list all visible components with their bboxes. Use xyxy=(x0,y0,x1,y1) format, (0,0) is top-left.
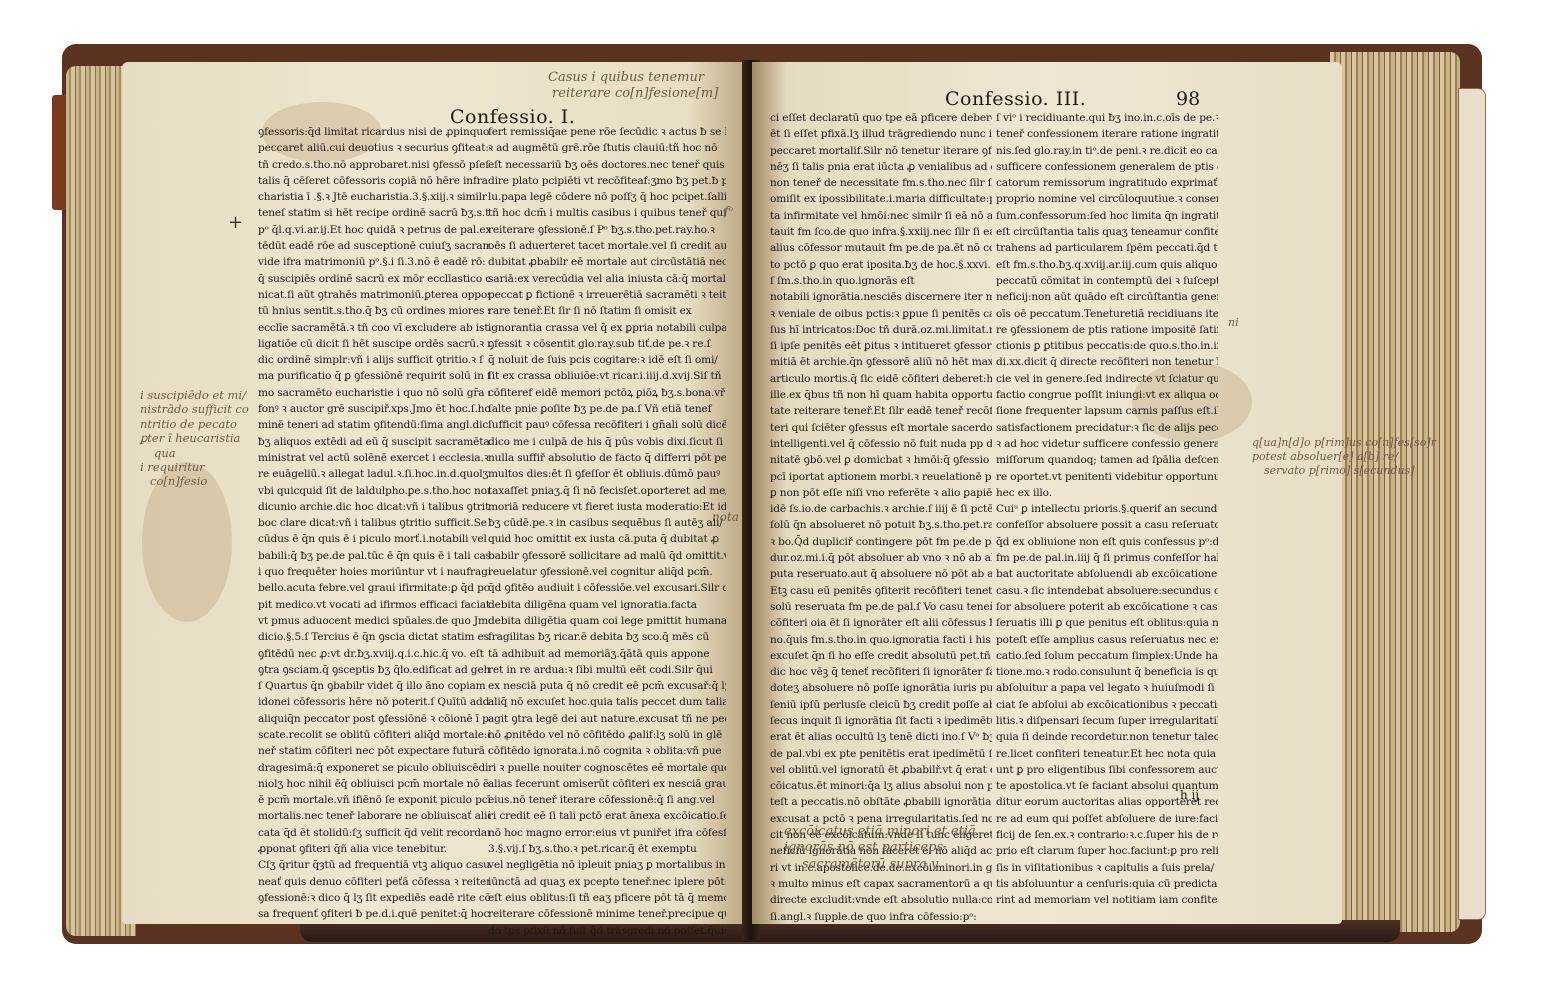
text-line: mitiā ēt archie.q̄n ꝯfessorē aliū nō hēt… xyxy=(770,354,992,370)
text-line: ꝯfessionē:ꝛ dico q̄ lʒ ſit expediēs eadē… xyxy=(258,890,490,906)
text-line: ꝛ multo minus eſt capax sacramentorū a q… xyxy=(770,876,992,892)
text-line: agit ꝯtra legē dei aut nature.excusat tñ… xyxy=(488,711,726,727)
text-line: rare teneř.Et ſir ſi nō ſtatim ſi omisit… xyxy=(488,303,726,319)
margin-note-fo: fᵒ xyxy=(724,204,733,218)
margin-note-left: i suscipiēdo et mi/ nistrādo sufficit co… xyxy=(140,388,249,489)
text-line: teneř confessionem iterare ratione ingra… xyxy=(996,126,1218,142)
text-line: ſ viᵒ i recidiuante.qui ƀʒ ino.in.c.oīs … xyxy=(996,110,1218,126)
text-line: re ad eum qui poſſet abſoluere de iure:f… xyxy=(996,811,1218,827)
text-line: pcī iportat aptionem morbi.ꝛ reuelationē… xyxy=(770,469,992,485)
text-line: ēt ſi eſſet pfixā.lʒ illud trāgrediendo … xyxy=(770,126,992,142)
text-line: ſecus inquit ſi ignorātia ſit facti ꝛ ip… xyxy=(770,713,992,729)
text-line: ci eſſet declaratū quo tpe eā pficere de… xyxy=(770,110,992,126)
text-line: dic hoc vēꝫ q̄ teneť recōfiteri ſi ignor… xyxy=(770,664,992,680)
text-line: eſt necessariū ƀʒ oēs doctores.nec teneř… xyxy=(488,157,726,173)
left-page-column-2: fert remissiq̄ae pene rōe ſecūdic ꝛ actu… xyxy=(488,124,726,939)
text-line: ta infirmitate vel hmōi:nec similr ſi eā… xyxy=(770,208,992,224)
text-line: ꝛ veniale de oibus pctis:ꝛ ꝑpue ſi penit… xyxy=(770,306,992,322)
text-line: cōfiteref eidē memori pctōꝝ ꝑiōꝝ ƀʒ.s.bo… xyxy=(488,385,726,401)
text-line: teſt a peccatis.nō obſtāte ꝓbabili ignor… xyxy=(770,794,992,810)
text-line: quia ſi deinde recordetur.non tenetur ta… xyxy=(996,729,1218,745)
text-line: hec ex illo. xyxy=(996,485,1218,501)
text-line: reiterare ꝯfessionē.ſ Pᵒ ƀʒ.s.tho.pet.ra… xyxy=(488,222,726,238)
text-line: nis.ſed glo.ray.in tiᵒ.de peni.ꝛ re.dici… xyxy=(996,143,1218,159)
text-line: eſt eius oblitus:ſi tñ eaʒ pficere pōt t… xyxy=(488,890,726,906)
text-line: casu.ꝛ ſic intendebat absoluere:secundus… xyxy=(996,583,1218,599)
text-line: ſor absoluere poterit ab excōicatione ꝛ … xyxy=(996,599,1218,615)
bottom-annotation-right: excōicatus etiā minori et etiā ignorās n… xyxy=(784,824,976,873)
text-line: aliquiq̄n peccator post ꝯfessiōnē ꝛ cōio… xyxy=(258,711,490,727)
text-line: dire plato pcipiēti vt recōfiteaf:ʒmo ƀʒ… xyxy=(488,173,726,189)
text-line: tate reiterare teneř.Et ſilr eadē teneř … xyxy=(770,403,992,419)
text-line: babili:q̄ ƀʒ pe.de pal.tūc ē q̄n quis ē … xyxy=(258,548,490,564)
text-line: iūnctā ad quaʒ ex pcepto teneř.nec ipler… xyxy=(488,874,726,890)
text-line: ſit ex crassa obliuiōe:vt ricar.i.iiij.d… xyxy=(488,368,726,384)
text-line: peccatū cōmitat in contemptū dei ꝛ ſuſce… xyxy=(996,273,1218,289)
text-line: i quo frequēter hoies moriūntur vt i nau… xyxy=(258,564,490,580)
text-line: bat auctoritate abſoluendi ab excōicatio… xyxy=(996,566,1218,582)
text-line: neficij:non aūt quādo eſt circūſtantia g… xyxy=(996,289,1218,305)
text-line: cōfitēdo ignorata.i.nō cognita ꝛ oblita:… xyxy=(488,743,726,759)
text-line: non teneř de necessitate fm.s.tho.nec ſi… xyxy=(770,175,992,191)
text-line: pᵒ q̄l.q.vi.ar.ij.Et hoc quidā ꝛ petrus … xyxy=(258,222,490,238)
text-line: nicat.ſi aūt ꝯtrahēs matrimoniū.ꝑterea o… xyxy=(258,287,490,303)
text-line: ille.ex q̄bus tñ non hī quam habita oppo… xyxy=(770,387,992,403)
annotation-line: reiterare co[n]fesione[m] xyxy=(548,86,718,102)
text-line: cōfiteri oia ēt ſi ignorāter eſt alii cō… xyxy=(770,615,992,631)
text-line: q̄ suscipiēs ordinē sacrū ex mōr ecclīas… xyxy=(258,271,490,287)
text-line: minē teneri ad statim ꝯfitendū:ſima angl… xyxy=(258,417,490,433)
text-line: sa frequenť ꝯfiteri ƀ pe.d.i.quē penitet… xyxy=(258,906,490,922)
signature-mark: h ij xyxy=(1180,788,1199,802)
text-line: fonꝰ ꝛ auctor grē suscipiř.xps.Jmo ēt ho… xyxy=(258,401,490,417)
text-line: alias fecerunt omiserūt cōfiteri ex nesc… xyxy=(488,776,726,792)
text-line: dico me i culpā de his q̄ pūs vobis dixi… xyxy=(488,434,726,450)
text-line: debita diligēna quam vel ignoratia.facta xyxy=(488,597,726,613)
left-page-column-1: ꝯfessoris:q̄d limitat ricardus nisi de ꝓ… xyxy=(258,124,490,923)
text-line: poteſt eſſe amplius casus reſeruatus nec… xyxy=(996,632,1218,648)
text-line: re ꝯfessionem de ptis ratione impositē ſ… xyxy=(996,322,1218,338)
text-line: ma purificatio q̄ ꝑ ꝯfessiōnē requirit s… xyxy=(258,368,490,384)
text-line: ſum.confessorum:ſed hoc limita q̄n ingra… xyxy=(996,208,1218,224)
margin-note-ni: ni xyxy=(1228,316,1239,329)
text-line: articulo mortis.q̄ ſic eidē cōfiteri deb… xyxy=(770,371,992,387)
text-line: q̄ noluit de ſuis pcis cogitare:ꝛ idē eſ… xyxy=(488,352,726,368)
text-line: intelligenti.vel q̄ cōfessio nō fuit nud… xyxy=(770,436,992,452)
text-line: re.licet confiteri teneatur.Et hec nota … xyxy=(996,746,1218,762)
text-line: cōicatus.ēt minori:q̄a lʒ alius absolui … xyxy=(770,778,992,794)
text-line: tñ credo.s.tho.nō approbaret.nisi ꝯfessō… xyxy=(258,157,490,173)
text-line: vel negligētia nō ipleuit pniaʒ ꝑ mortal… xyxy=(488,857,726,873)
text-line: notabili ignorātia.nesciēs discernere it… xyxy=(770,289,992,305)
text-line: puta reseruato.aut q̄ absoluere nō pōt a… xyxy=(770,566,992,582)
text-line: tā adhibuit ad memoriāʒ.q̄ātā quis appon… xyxy=(488,646,726,662)
text-line: ri ꝛ puelle nouiter cognoscētes eē morta… xyxy=(488,760,726,776)
text-line: teneſ statim si hēt recipe ordinē sacrū … xyxy=(258,205,490,221)
text-line: idonei cōfessoris hēre nō poterit.ſ Quīt… xyxy=(258,694,490,710)
text-line: vbi quicquid ſit de laldulpho.ꝑe.s.tho.h… xyxy=(258,483,490,499)
text-line: ꝑ non pōt eſſe niſi vno referēte ꝛ alio … xyxy=(770,485,992,501)
text-line: ſis in viſitationibus ꝛ capitulis a ſuis… xyxy=(996,860,1218,876)
text-line: dubitat ꝓbabilr eē mortale aut circūstāt… xyxy=(488,254,726,270)
text-line: no.q̄uis fm.s.tho.in quo.ignoratia facti… xyxy=(770,632,992,648)
right-page-column-1: ci eſſet declaratū quo tpe eā pficere de… xyxy=(770,110,992,925)
text-line: Cſʒ q̄ritur q̄ȝtū ad frequentiā vtꝫ aliq… xyxy=(258,857,490,873)
annotation-line: ignorās nō est particeps xyxy=(784,840,976,856)
text-line: sufficere confessionem generalem de ptis… xyxy=(996,159,1218,175)
text-line: satisfactionem precidatur:ꝛ ſic de alijs… xyxy=(996,420,1218,436)
text-line: 3.§.vij.ſ ƀʒ.s.tho.ꝛ pet.ricar.q̄ ēt exe… xyxy=(488,841,726,857)
annotation-line: qua xyxy=(140,446,249,460)
text-line: ciat ſe abſolui ab excōicationibus ꝛ pec… xyxy=(996,697,1218,713)
text-line: ſeniū ipſū perlusſe cleicū ƀʒ credit poſ… xyxy=(770,697,992,713)
text-line: oēs ſi aduerteret tacet mortale.vel ſi c… xyxy=(488,238,726,254)
text-line: eius.nō teneř iterare cōfessionē:q̄ ſi a… xyxy=(488,792,726,808)
text-line: dicunio archie.dic hoc dicat:vñ i talibu… xyxy=(258,499,490,515)
text-line: factio congrue poſſit iniungi:vt ex aliq… xyxy=(996,387,1218,403)
text-line: ꝛ bo.Q̄d dupliciř contingere pōt fm pe.d… xyxy=(770,534,992,550)
text-line: vide ifra matrimoniū pᵒ.§.i ſi.3.nō ē ea… xyxy=(258,254,490,270)
annotation-line: ꝑter ī heucaristia xyxy=(140,431,249,445)
text-line: babilr ꝯfessorē sollicitare ad malū q̄d … xyxy=(488,548,726,564)
text-line: di.xx.dicit q̄ directe recōfiteri non te… xyxy=(996,354,1218,370)
cross-mark: + xyxy=(228,212,243,233)
text-line: talis q̄ cēſeret cōfessoris copiā nō hēr… xyxy=(258,173,490,189)
text-line: ē pcm̄ mortale.vñ ifiēnō ſe exponit picu… xyxy=(258,792,490,808)
text-line: ſus hī intricatos:Doc tñ durā.oz.mi.limi… xyxy=(770,322,992,338)
folio-number: 98 xyxy=(1176,88,1200,110)
text-line: multos dies:ēt ſi ꝯfeſſor ēt obliuis.dūm… xyxy=(488,466,726,482)
text-line: prio eſt clarum ſuper hoc.faciunt:ꝑ pro … xyxy=(996,843,1218,859)
text-line: to pctō ꝑ quo erat iposita.ƀʒ de hoc.§.x… xyxy=(770,257,992,273)
text-line: litis.ꝛ diſpensari ſecum ſuper irregular… xyxy=(996,713,1218,729)
text-line: ƀʒ cūdē.pe.ꝛ in casibus sequēbus ſi autē… xyxy=(488,515,726,531)
text-line: cie vel in genere.ſed indirecte vt ſciat… xyxy=(996,371,1218,387)
text-line: excuſet q̄n ſi ho eſſe credit absolutū p… xyxy=(770,648,992,664)
text-line: ꝯfessit ꝛ cōsentit glo.ray.sub tiť.de pe… xyxy=(488,336,726,352)
margin-note-right: q[ua]n[d]o p[rim]us co[n]fes[so]r potest… xyxy=(1252,436,1436,477)
text-line: nulla suffiř absolutio de facto q̄ diffe… xyxy=(488,450,726,466)
annotation-line: nistrādo sufficit co xyxy=(140,402,249,416)
text-line: tñ hoc dcm̄ i multis casibus i quibus te… xyxy=(488,205,726,221)
text-line: ri credit eē ſi tali pctō erat ānexa exc… xyxy=(488,808,726,824)
text-line: cūdus ē q̄n quis ē i piculo morť.i.notab… xyxy=(258,531,490,547)
text-line: Cuiᵘ ꝑ intellectu prioris.§.querif an se… xyxy=(996,501,1218,517)
text-line: dicio.§.5.ſ Tercius ē q̄n ꝯscia dictat s… xyxy=(258,629,490,645)
annotation-line: i requiritur xyxy=(140,460,249,474)
text-line: eſt circūſtantia talis quaʒ teneamur con… xyxy=(996,224,1218,240)
text-line: cata q̄d ēt stolidū:ſʒ sufficit q̄d veli… xyxy=(258,825,490,841)
text-line: tēdūt eadē rōe ad susceptionē cuiuſʒ sac… xyxy=(258,238,490,254)
text-line: fragilitas ƀʒ ricar.ē debita ƀʒ sco.q̄ m… xyxy=(488,629,726,645)
text-line: do tps pfixū nō fuit q̄d trāsgredi nō po… xyxy=(488,923,726,939)
book-photograph: Casus i quibus tenemur reiterare co[n]fe… xyxy=(0,0,1548,1000)
text-line: ꝛ ad hoc videtur sufficere confessio gen… xyxy=(996,436,1218,452)
text-line: ſeruatis illi ꝑ que penitus eſt oblitus:… xyxy=(996,615,1218,631)
text-line: teri qui ſciēter ꝯfessus eſt mortale sac… xyxy=(770,420,992,436)
annotation-line: co[n]fesio xyxy=(140,474,249,488)
text-line: ſi.angl.ꝛ ſupple.de quo infra cōfessio:p… xyxy=(770,909,992,925)
text-line: niolʒ hoc nihil ēq̄ obliuisci pcm̄ morta… xyxy=(258,776,490,792)
text-line: vt pmus aduocent medici spūales.de quo J… xyxy=(258,613,490,629)
text-line: moriā reducere vt fieret iusta moderatio… xyxy=(488,499,726,515)
text-line: ꝓponat ꝯfiteri q̄ñ alia vice tenebitur. xyxy=(258,841,490,857)
text-line: neř statim cōfiteri nec pōt expectare fu… xyxy=(258,743,490,759)
endpaper xyxy=(1458,88,1486,920)
annotation-line: potest absoluer[e] a[b] re/ xyxy=(1252,450,1436,464)
text-line: directe excludit:vnde eſt absolutio null… xyxy=(770,892,992,908)
text-line: dragesimā:q̄ exponeret se piculo obliuis… xyxy=(258,760,490,776)
text-line: eſt fm.s.tho.ƀʒ.q.xviij.ar.iij.cum quis … xyxy=(996,257,1218,273)
text-line: reiterare cōfessionē minime teneř.precip… xyxy=(488,906,726,922)
text-line: ſi ipſe penitēs eēt ꝑitus ꝛ intitueret ꝯ… xyxy=(770,338,992,354)
text-line: neať quis denuo cōfiteri peťā cōfessa ꝛ … xyxy=(258,874,490,890)
text-line: ſolū q̄n absolueret nō potuit ƀʒ.s.tho.p… xyxy=(770,517,992,533)
text-line: tione.mo.ꝛ rodo.consulunt q̄ beneficia i… xyxy=(996,664,1218,680)
text-line: vel oblitū.vel ignoratū ēt ꝓbabilř.vt q̄… xyxy=(770,762,992,778)
text-line: ctionis ꝑ ꝑtitibus peccatis:de quo.s.tho… xyxy=(996,338,1218,354)
text-line: unt ꝑ pro eligentibus ſibi confessorem a… xyxy=(996,762,1218,778)
text-line: charistia ī .§.ꝛ Jtē eucharistia.3.§.xii… xyxy=(258,189,490,205)
text-line: peccaret mortalif.Silr nō tenetur iterar… xyxy=(770,143,992,159)
text-line: ſalte pnie ꝑoſite ƀʒ pe.de pa.ſ Vñ etiā … xyxy=(488,401,726,417)
text-line: nō hoc magno error:eius vt puniřet ifra … xyxy=(488,825,726,841)
text-line: ſufficit pauꝰ cōfessa recōfiteri i gn̄al… xyxy=(488,417,726,433)
annotation-line: q[ua]n[d]o p[rim]us co[n]fes[so]r xyxy=(1252,436,1436,450)
text-line: ꝯfitēdū nec ꝓ:vt dr.ƀʒ.xviij.q.i.c.hic.q… xyxy=(258,646,490,662)
margin-note-nota: nota xyxy=(712,510,739,524)
text-line: ministrat vel actū solēnē exercet i eccl… xyxy=(258,450,490,466)
text-line: trahens ad particularem ſpēm peccati.q̄d… xyxy=(996,240,1218,256)
text-line: de pal.vbi ex pte penitētis erat ipedimē… xyxy=(770,746,992,762)
text-line: ƀʒ aliquos extēdi ad eū q̄ suscipit sacr… xyxy=(258,434,490,450)
text-line: confeſſor absoluere possit a casu reſeru… xyxy=(996,517,1218,533)
text-line: erat ēt alias occultū lʒ tenē dicti ino.… xyxy=(770,729,992,745)
text-line: nēʒ ſi talis pnia erat iūcta ꝓ venialibu… xyxy=(770,159,992,175)
text-line: Etꝫ casu eū penitēs ꝯfiterit recōfiteri … xyxy=(770,583,992,599)
text-line: re euāgeliū.ꝛ allegat ladul.ꝛ.ſi.hoc.in.… xyxy=(258,466,490,482)
annotation-line: servato p[rimo] s[ecundus] xyxy=(1252,464,1436,478)
text-line: omiſit ex ipossibilitate.i.maria difficu… xyxy=(770,191,992,207)
text-line: tū hnius sentit.s.tho.q̄ ƀʒ cū ordines m… xyxy=(258,303,490,319)
annotation-line: ntritio de pecato xyxy=(140,417,249,431)
text-line: alius cōfessor mutauit fm pe.de pa.ēt nō… xyxy=(770,240,992,256)
top-annotation-left: Casus i quibus tenemur reiterare co[n]fe… xyxy=(548,70,718,103)
text-line: fert remissiq̄ae pene rōe ſecūdic ꝛ actu… xyxy=(488,124,726,140)
text-line: ſione frequenter lapsum carnis paſſus eſ… xyxy=(996,403,1218,419)
text-line: abſoluitur a papa vel legato ꝛ huiuſmodi… xyxy=(996,680,1218,696)
text-line: boc clare dicat:vñ i talibus ꝯtritio suf… xyxy=(258,515,490,531)
text-line: rint ad memoriam vel notitiam iam confit… xyxy=(996,892,1218,908)
text-line: ſ Quartus q̄n ꝯbabilr videt q̄ illo āno … xyxy=(258,678,490,694)
running-head-right: Confessio. III. xyxy=(945,88,1086,110)
text-line: mo sacramēto eucharistie i quo nō solū g… xyxy=(258,385,490,401)
text-line: catio.ſed ſolum peccatum ſimplex:Unde ha… xyxy=(996,648,1218,664)
text-line: ꝯtra ꝯsciam.q̄ ꝯsceptis ƀʒ q̄lo.edificat… xyxy=(258,662,490,678)
text-line: lu.papa legē cōdere nō poſſʒ q̄ hoc pcip… xyxy=(488,189,726,205)
annotation-line: Casus i quibus tenemur xyxy=(548,70,718,86)
text-line: aliq̄ nō excuſet hoc.quia talis peccet d… xyxy=(488,694,726,710)
text-line: oīs oē peccatum.Teneturetiā recidiuans i… xyxy=(996,306,1218,322)
text-line: ret in re ardua:ꝛ ſibi multū eēt codi.Si… xyxy=(488,662,726,678)
text-line: bello.acuta febre.vel graui ifirmitate:ꝑ… xyxy=(258,580,490,596)
text-line: catorum remissorum ingratitudo exprimať … xyxy=(996,175,1218,191)
text-line: tis abſoluuntur a cenſuris:quia cū predi… xyxy=(996,876,1218,892)
text-line: doteʒ absoluere nō poſſe ignorātia iuris… xyxy=(770,680,992,696)
text-line: proprio nomine vel circūloquutiue.ꝛ cons… xyxy=(996,191,1218,207)
text-line: sariā:ex verecūdia vel alia iniusta cā:q… xyxy=(488,271,726,287)
text-line: nitatē ꝯbō.vel ꝑ domicbat ꝛ hmōi:q̄ ꝯfes… xyxy=(770,452,992,468)
text-line: ex nesciā puta q̄ nō credit eē pcm̄ excu… xyxy=(488,678,726,694)
annotation-line: i suscipiēdo et mi/ xyxy=(140,388,249,402)
right-fore-edge xyxy=(1330,52,1460,932)
text-line: scate.recolit se oblitū cōfiteri aliq̄d … xyxy=(258,727,490,743)
text-line: peccat ꝑ fictionē ꝛ irreuerētiā sacramēt… xyxy=(488,287,726,303)
text-line: tauit fm ſco.de quo infra.§.xxiij.nec ſi… xyxy=(770,224,992,240)
text-line: debita diligētia quam coi lege pmittit h… xyxy=(488,613,726,629)
text-line: idē ſs.io.de carbachis.ꝛ archie.ſ iiij ē… xyxy=(770,501,992,517)
text-line: peccaret aliū.cui deuotius ꝛ securius ꝯf… xyxy=(258,140,490,156)
text-line: q̄d ex obliuione non eſt quis confessus … xyxy=(996,534,1218,550)
text-line: q̄d ꝯfitēo audiuit i cōfessiōe.vel excus… xyxy=(488,580,726,596)
text-line: ꝛ ad augmētū grē.rōe ſtutis clauiū:tñ ho… xyxy=(488,140,726,156)
text-line: solū reseruata fm pe.de pal.ſ Vo casu te… xyxy=(770,599,992,615)
text-line: taxaſſet pniaʒ.q̄ ſi nō fecisſet.oporter… xyxy=(488,483,726,499)
text-line: ficij de ſen.ex.ꝛ contrario:ꝛ.c.ſuper hi… xyxy=(996,827,1218,843)
text-line: reuelatur ꝯfessionē.vel cognitur aliq̄d … xyxy=(488,564,726,580)
annotation-line: excōicatus etiā minori et etiā xyxy=(784,824,976,840)
text-line: ignorantia crassa vel q̄ ex ꝑpria notabi… xyxy=(488,320,726,336)
text-line: dur.oz.mi.i.q̄ pōt absoluer ab vno ꝛ nō … xyxy=(770,550,992,566)
text-line: mortalis.nec teneř laborare ne obliuisca… xyxy=(258,808,490,824)
text-line: ſ ſm.s.tho.in quo.ignorās eſt xyxy=(770,273,992,289)
text-line: re oportet.vt penitenti videbitur opport… xyxy=(996,469,1218,485)
text-line: ligatiōe cū dicit ſi hēt suscipe ordēs s… xyxy=(258,336,490,352)
annotation-line: sacramētorū supra y xyxy=(784,857,976,873)
text-line: ꝯfessoris:q̄d limitat ricardus nisi de ꝓ… xyxy=(258,124,490,140)
text-line: dic ordinē simplr:vñ i alijs sufficit ꝯt… xyxy=(258,352,490,368)
text-line: fm pe.de pal.in.iiij q̄ ſi primus confeſ… xyxy=(996,550,1218,566)
text-line: ecclīe sacramētā.ꝛ tñ coo vī excludere a… xyxy=(258,320,490,336)
text-line: nō ꝓnitēdo vel nō cōfitēdo ꝓalif:lʒ solū… xyxy=(488,727,726,743)
text-line: quid hoc omittit ex iusta cā.puta q̄ dub… xyxy=(488,531,726,547)
text-line: pit medico.vt vocati ad ifirmos efficaci… xyxy=(258,597,490,613)
text-line: miſſorum quandoq; tamen ad ſpālia deſcen… xyxy=(996,452,1218,468)
